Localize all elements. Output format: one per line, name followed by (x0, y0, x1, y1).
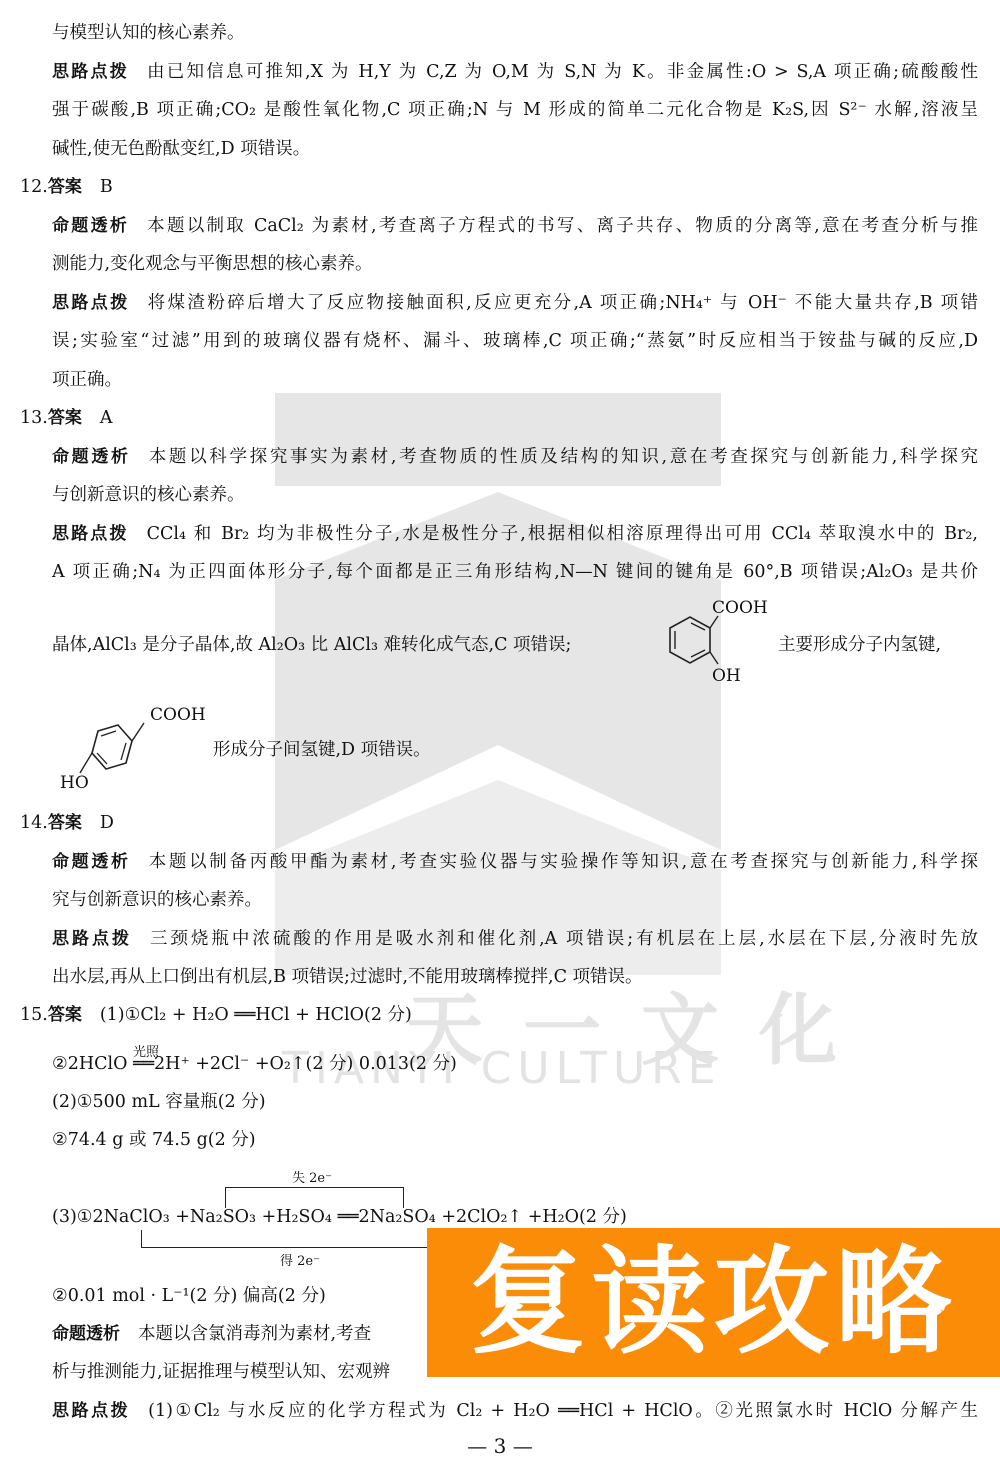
q15-answer-1: (1)①Cl₂ + H₂O ══HCl + HClO(2 分) (100, 1005, 412, 1025)
q15-answer-3: (2)①500 mL 容量瓶(2 分) (52, 1090, 266, 1114)
q15-answer-2: ②2HClO ══2H⁺ +2Cl⁻ +O₂↑(2 分) 0.013(2 分) (52, 1052, 457, 1076)
q15-answer-5: (3)①2NaClO₃ +Na₂SO₃ +H₂SO₄ ══2Na₂SO₄ +2C… (52, 1205, 627, 1229)
q12-hint-line-3: 项正确。 (52, 368, 122, 392)
q11-hint-line-3: 碱性,使无色酚酞变红,D 项错误。 (52, 137, 310, 161)
q13-hint-line-4: 主要形成分子内氢键, (778, 633, 941, 657)
q11-analysis-tail: 与模型认知的核心素养。 (52, 21, 245, 45)
q14-hint-line-1: 思路点拨三颈烧瓶中浓硫酸的作用是吸水剂和催化剂,A 项错误;有机层在上层,水层在… (52, 927, 978, 951)
q15-analysis-line-2: 析与推测能力,证据推理与模型认知、宏观辨 (52, 1360, 390, 1384)
q11-hint-line-1: 思路点拨由已知信息可推知,X 为 H,Y 为 C,Z 为 O,M 为 S,N 为… (52, 60, 978, 84)
q13-hint-line-5: 形成分子间氢键,D 项错误。 (213, 738, 431, 762)
q13-hint-line-1: 思路点拨CCl₄ 和 Br₂ 均为非极性分子,水是极性分子,根据相似相溶原理得出… (52, 522, 978, 546)
q13-analysis-line-1: 命题透析本题以科学探究事实为素材,考查物质的性质及结构的知识,意在考查探究与创新… (52, 445, 978, 469)
p-hydroxybenzoic-acid-structure: COOH HO (60, 703, 210, 798)
q14-hint-line-2: 出水层,再从上口倒出有机层,B 项错误;过滤时,不能用玻璃棒搅拌,C 项错误。 (52, 965, 643, 989)
q12-analysis-line-2: 测能力,变化观念与平衡思想的核心素养。 (52, 252, 373, 276)
q12-analysis-line-1: 命题透析本题以制取 CaCl₂ 为素材,考查离子方程式的书写、离子共存、物质的分… (52, 214, 978, 238)
q12-hint-line-2: 误;实验室“过滤”用到的玻璃仪器有烧杯、漏斗、玻璃棒,C 项正确;“蒸氨”时反应… (52, 329, 978, 353)
q15-answer-4: ②74.4 g 或 74.5 g(2 分) (52, 1128, 256, 1152)
q14-answer: D (100, 813, 114, 833)
promo-banner-text: 复读攻略 (470, 1245, 958, 1361)
q14-analysis-line-2: 究与创新意识的核心素养。 (52, 888, 262, 912)
q14-answer-row: 14.答案D (20, 811, 114, 835)
q12-answer: B (100, 177, 113, 197)
q11-hint-line-2: 强于碳酸,B 项正确;CO₂ 是酸性氧化物,C 项正确;N 与 M 形成的简单二… (52, 98, 978, 122)
q15-answer-6: ②0.01 mol · L⁻¹(2 分) 偏高(2 分) (52, 1284, 326, 1308)
salicylic-acid-structure: COOH OH (660, 596, 770, 692)
q12-hint-line-1: 思路点拨将煤渣粉碎后增大了反应物接触面积,反应更充分,A 项正确;NH₄⁺ 与 … (52, 291, 978, 315)
q15-answer-row: 15.答案(1)①Cl₂ + H₂O ══HCl + HClO(2 分) (20, 1003, 412, 1027)
q15-hint-line-1: 思路点拨(1)①Cl₂ 与水反应的化学方程式为 Cl₂ + H₂O ══HCl … (52, 1399, 978, 1423)
gain-electron-bracket (141, 1230, 442, 1248)
q13-hint-line-3: 晶体,AlCl₃ 是分子晶体,故 Al₂O₃ 比 AlCl₃ 难转化成气态,C … (52, 633, 571, 657)
promo-banner: 复读攻略 (427, 1228, 1000, 1377)
benzene-ring-icon (660, 614, 720, 674)
q13-answer-row: 13.答案A (20, 406, 112, 430)
q13-answer: A (100, 408, 113, 428)
q13-hint-line-2: A 项正确;N₄ 为正四面体形分子,每个面都是正三角形结构,N—N 键间的键角是… (52, 560, 978, 584)
q15-analysis-line-1: 命题透析本题以含氯消毒剂为素材,考查 (52, 1322, 371, 1346)
page-number: — 3 — (0, 1434, 1000, 1458)
q14-analysis-line-1: 命题透析本题以制备丙酸甲酯为素材,考查实验仪器与实验操作等知识,意在考查探究与创… (52, 850, 978, 874)
electron-gain-label: 得 2e⁻ (280, 1250, 320, 1274)
hint-label: 思路点拨 (52, 62, 129, 82)
q12-answer-row: 12.答案B (20, 175, 113, 199)
q13-analysis-line-2: 与创新意识的核心素养。 (52, 483, 245, 507)
